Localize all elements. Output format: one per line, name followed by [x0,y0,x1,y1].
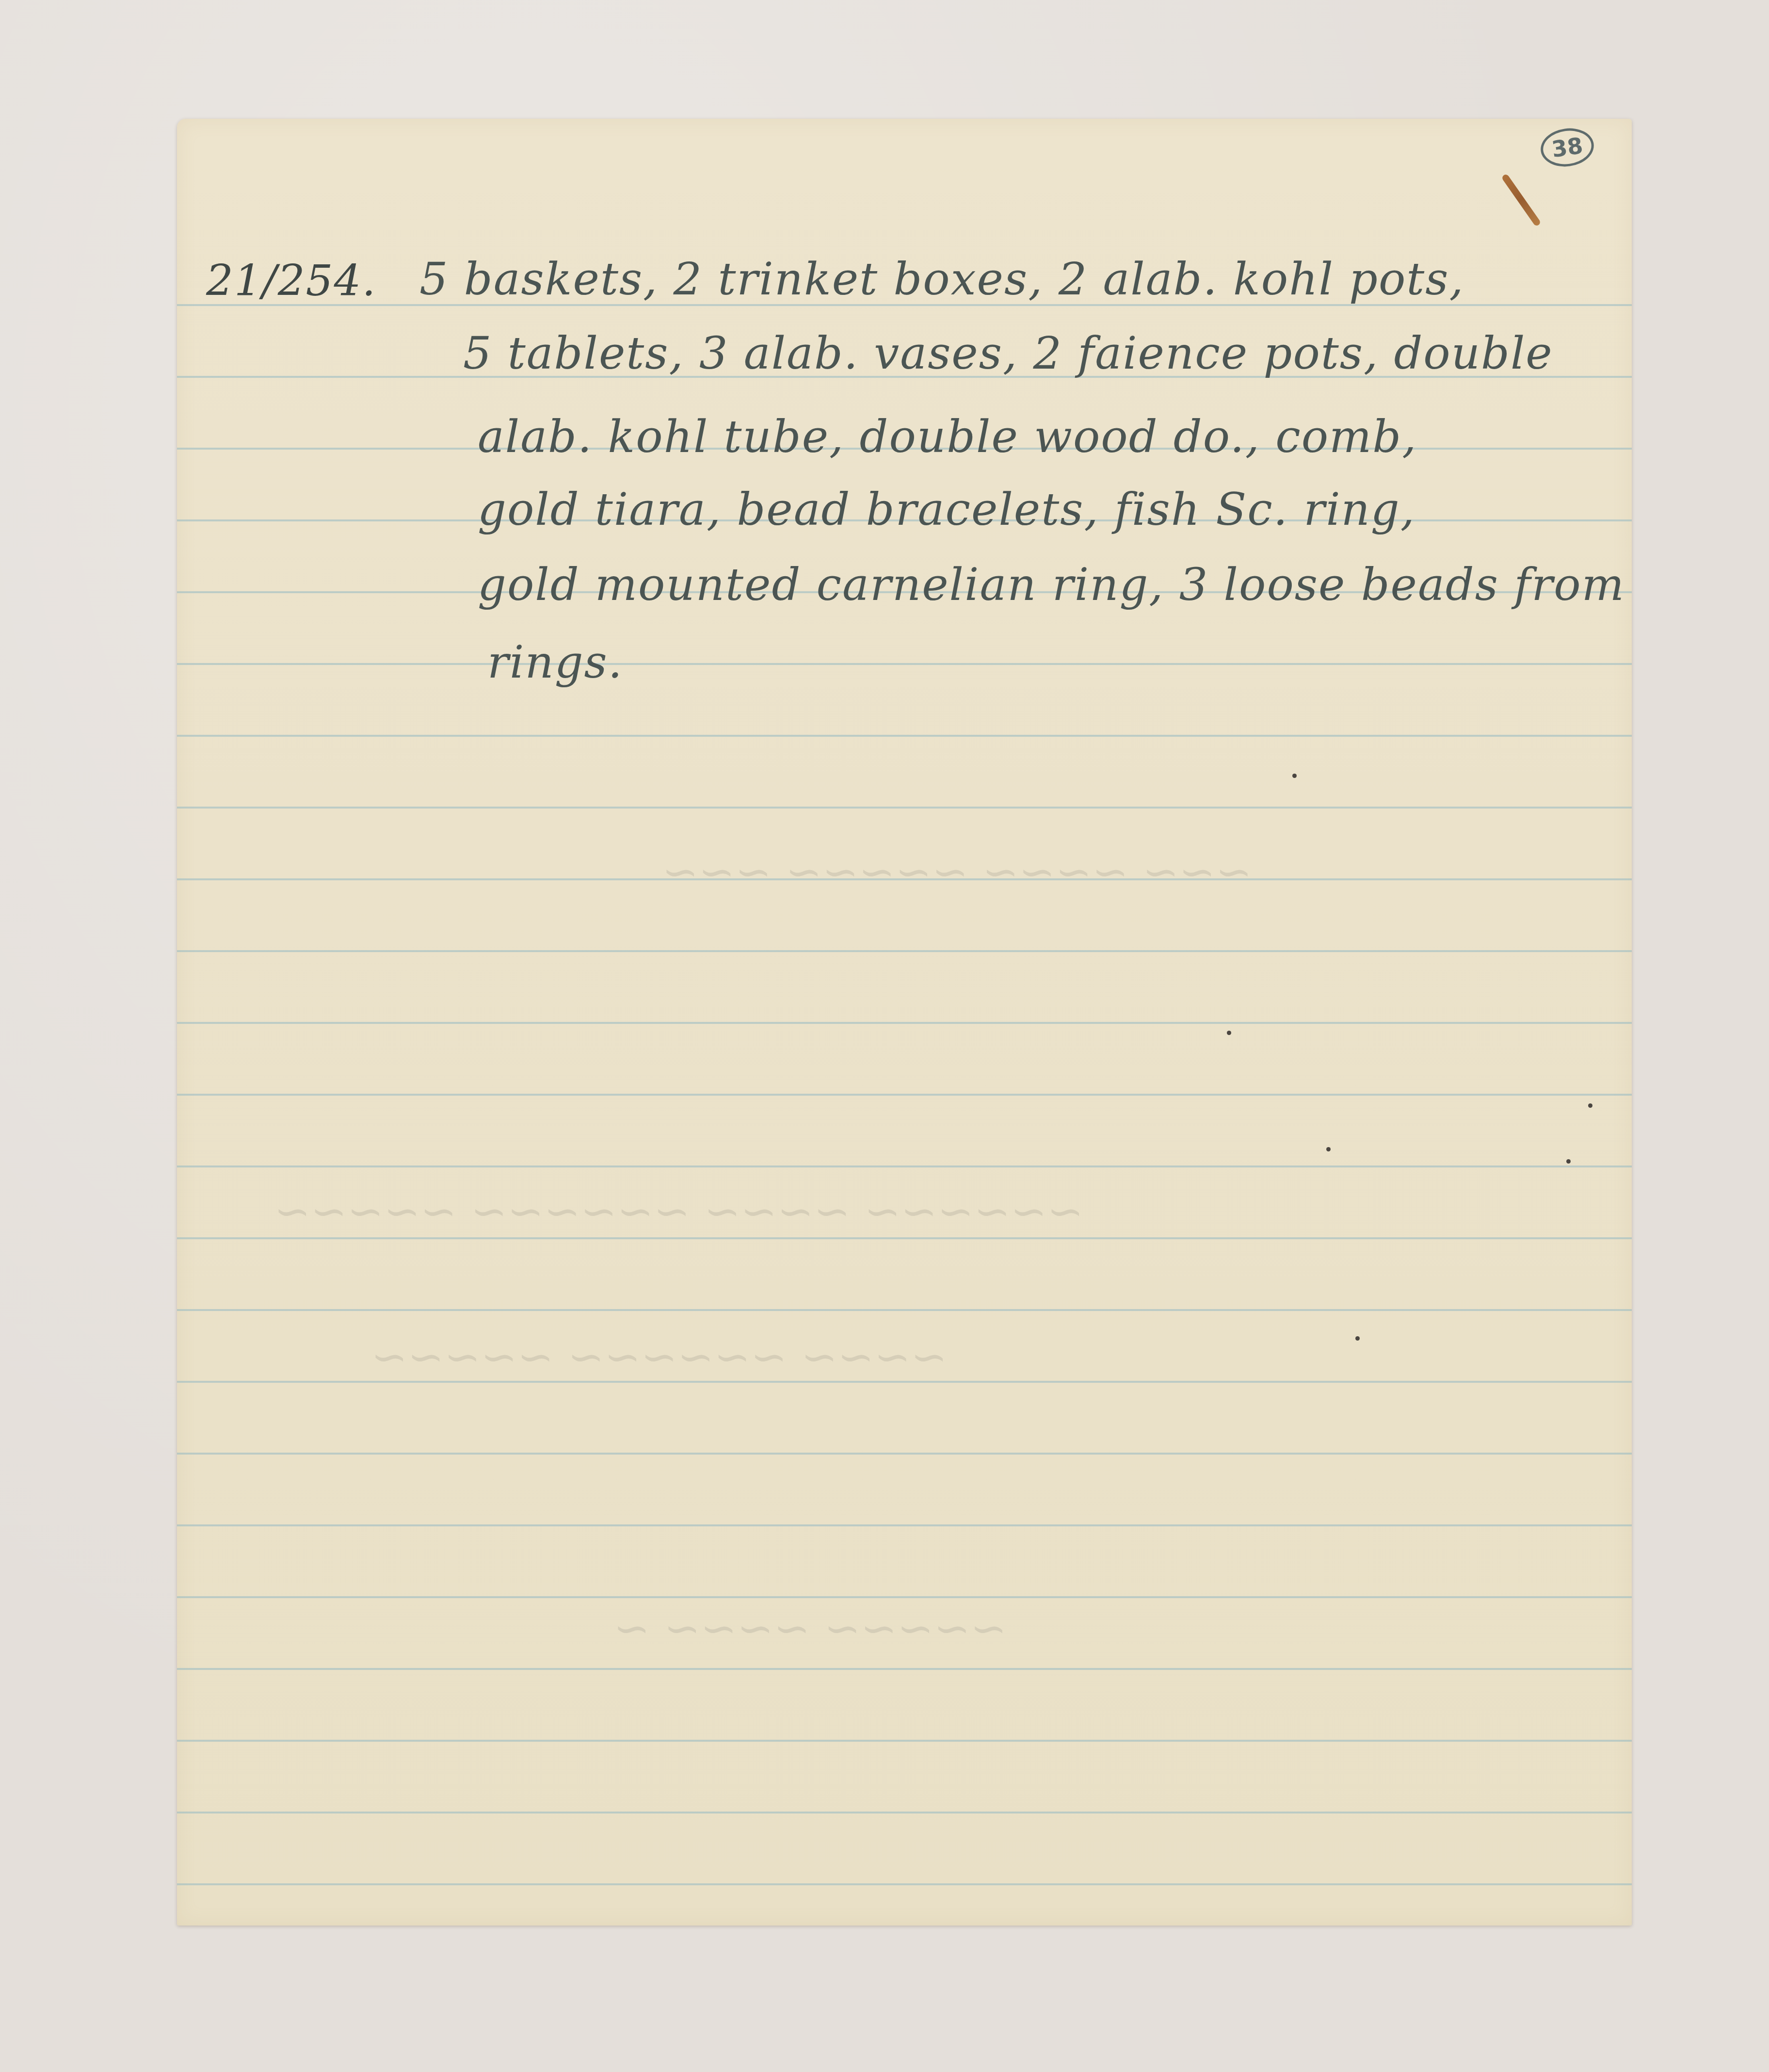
ruled-paper-sheet: 38 21/254. 5 baskets, 2 trinket boxes, 2… [177,119,1632,1926]
ruled-line [177,663,1632,665]
reverse-show-through: ~~~~~~ ~~~~ ~~~~~~ ~~~~~ [274,1186,1083,1237]
ruled-line [177,1094,1632,1096]
ruled-line [177,950,1632,952]
ruled-line [177,1309,1632,1311]
reverse-show-through: ~~~~ ~~~~~~ ~~~~~ [371,1331,947,1382]
paper-speck [1355,1336,1360,1341]
ruled-line [177,1596,1632,1598]
accession-number: 21/254. [206,259,377,302]
folio-number-circle: 38 [1538,125,1596,170]
folio-number: 38 [1550,132,1585,162]
ruled-line [177,1812,1632,1813]
inventory-line-1: 5 baskets, 2 trinket boxes, 2 alab. kohl… [419,257,1464,302]
ruled-line [177,1237,1632,1239]
ruled-line [177,735,1632,737]
ruled-line [177,1453,1632,1455]
ruled-line [177,1524,1632,1526]
ruled-line [177,807,1632,809]
rust-stain-mark [1501,173,1541,227]
paper-speck [1566,1159,1571,1164]
ruled-line [177,1022,1632,1024]
ruled-line [177,1740,1632,1742]
reverse-show-through: ~~~ ~~~~ ~~~~~ ~~~ [662,846,1252,897]
ruled-line [177,1165,1632,1167]
inventory-line-3: alab. kohl tube, double wood do., comb, [478,415,1417,459]
inventory-line-2: 5 tablets, 3 alab. vases, 2 faience pots… [463,331,1553,376]
reverse-show-through: ~~~~~ ~~~~ ~ [613,1603,1007,1654]
inventory-line-4: gold tiara, bead bracelets, fish Sc. rin… [478,487,1415,532]
inventory-line-5: gold mounted carnelian ring, 3 loose bea… [478,563,1625,607]
paper-speck [1292,774,1297,778]
paper-speck [1227,1031,1231,1035]
inventory-line-6: rings. [487,640,623,685]
ruled-line [177,1883,1632,1885]
paper-speck [1326,1147,1331,1151]
paper-speck [1588,1103,1592,1108]
ruled-line [177,1668,1632,1670]
